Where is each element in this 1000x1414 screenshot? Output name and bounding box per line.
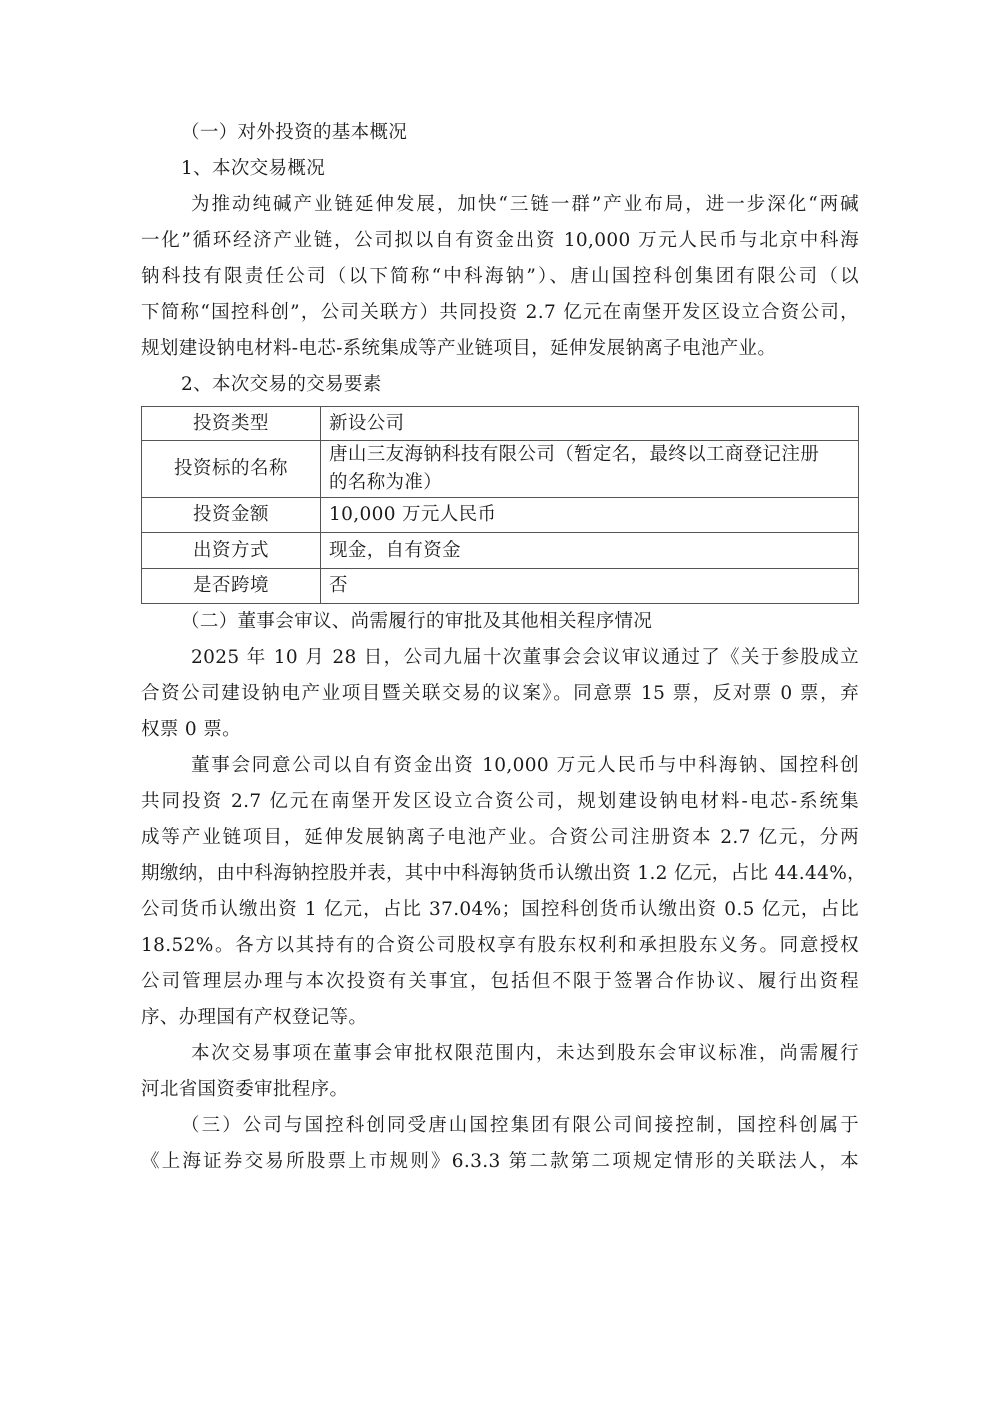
table-value-cell: 否 — [321, 569, 859, 604]
table-value-line: 的名称为准） — [329, 469, 850, 497]
text-line: 2025 年 10 月 28 日，公司九届十次董事会会议审议通过了《关于参股成立 — [141, 640, 859, 676]
table-row: 投资金额 10,000 万元人民币 — [142, 498, 859, 533]
text-line: 一化”循环经济产业链，公司拟以自有资金出资 10,000 万元人民币与北京中科海 — [141, 223, 859, 259]
text-line: 18.52%。各方以其持有的合资公司股权享有股东权利和承担股东义务。同意授权 — [141, 928, 859, 964]
text-line: 成等产业链项目，延伸发展钠离子电池产业。合资公司注册资本 2.7 亿元，分两 — [141, 820, 859, 856]
table-key-cell: 投资类型 — [142, 407, 321, 441]
text-line: 本次交易事项在董事会审批权限范围内，未达到股东会审议标准，尚需履行 — [141, 1036, 859, 1072]
text-line: 合资公司建设钠电产业项目暨关联交易的议案》。同意票 15 票，反对票 0 票，弃 — [141, 676, 859, 712]
text-line: 共同投资 2.7 亿元在南堡开发区设立合资公司，规划建设钠电材料-电芯-系统集 — [141, 784, 859, 820]
table-key-cell: 是否跨境 — [142, 569, 321, 604]
table-value-line: 唐山三友海钠科技有限公司（暂定名，最终以工商登记注册 — [329, 441, 850, 469]
text-line: 下简称“国控科创”，公司关联方）共同投资 2.7 亿元在南堡开发区设立合资公司， — [141, 295, 859, 331]
text-line: （三）公司与国控科创同受唐山国控集团有限公司间接控制，国控科创属于 — [141, 1108, 859, 1144]
table-row: 投资类型 新设公司 — [142, 407, 859, 441]
table-row: 出资方式 现金，自有资金 — [142, 533, 859, 569]
text-line: 序、办理国有产权登记等。 — [141, 1000, 859, 1036]
text-line: 《上海证券交易所股票上市规则》6.3.3 第二款第二项规定情形的关联法人，本 — [141, 1144, 859, 1180]
table-key-cell: 投资标的名称 — [142, 441, 321, 498]
paragraph-board-resolution: 2025 年 10 月 28 日，公司九届十次董事会会议审议通过了《关于参股成立… — [141, 640, 859, 748]
table-key-cell: 出资方式 — [142, 533, 321, 569]
text-line: 河北省国资委审批程序。 — [141, 1072, 859, 1108]
table-value-cell: 新设公司 — [321, 407, 859, 441]
paragraph-transaction-overview: 为推动纯碱产业链延伸发展，加快“三链一群”产业布局，进一步深化“两碱 一化”循环… — [141, 187, 859, 367]
table-value-cell: 现金，自有资金 — [321, 533, 859, 569]
table-value-cell: 10,000 万元人民币 — [321, 498, 859, 533]
text-line: 期缴纳，由中科海钠控股并表，其中中科海钠货币认缴出资 1.2 亿元，占比 44.… — [141, 856, 859, 892]
paragraph-board-approval-details: 董事会同意公司以自有资金出资 10,000 万元人民币与中科海钠、国控科创 共同… — [141, 748, 859, 1036]
text-line: 公司管理层办理与本次投资有关事宜，包括但不限于签署合作协议、履行出资程 — [141, 964, 859, 1000]
table-key-cell: 投资金额 — [142, 498, 321, 533]
text-line: 权票 0 票。 — [141, 712, 859, 748]
section-heading-board-review: （二）董事会审议、尚需履行的审批及其他相关程序情况 — [141, 604, 859, 640]
table-row: 是否跨境 否 — [142, 569, 859, 604]
section-heading-overview: （一）对外投资的基本概况 — [141, 115, 859, 151]
subsection-heading-transaction-overview: 1、本次交易概况 — [141, 151, 859, 187]
transaction-elements-table: 投资类型 新设公司 投资标的名称 唐山三友海钠科技有限公司（暂定名，最终以工商登… — [141, 406, 859, 604]
text-line: 董事会同意公司以自有资金出资 10,000 万元人民币与中科海钠、国控科创 — [141, 748, 859, 784]
table-row: 投资标的名称 唐山三友海钠科技有限公司（暂定名，最终以工商登记注册 的名称为准） — [142, 441, 859, 498]
document-page: （一）对外投资的基本概况 1、本次交易概况 为推动纯碱产业链延伸发展，加快“三链… — [141, 115, 859, 1180]
subsection-heading-transaction-elements: 2、本次交易的交易要素 — [141, 367, 859, 403]
text-line: 为推动纯碱产业链延伸发展，加快“三链一群”产业布局，进一步深化“两碱 — [141, 187, 859, 223]
paragraph-related-party: （三）公司与国控科创同受唐山国控集团有限公司间接控制，国控科创属于 《上海证券交… — [141, 1108, 859, 1180]
text-line: 公司货币认缴出资 1 亿元，占比 37.04%；国控科创货币认缴出资 0.5 亿… — [141, 892, 859, 928]
text-line: 规划建设钠电材料-电芯-系统集成等产业链项目，延伸发展钠离子电池产业。 — [141, 331, 859, 367]
table-value-cell: 唐山三友海钠科技有限公司（暂定名，最终以工商登记注册 的名称为准） — [321, 441, 859, 498]
paragraph-approval-scope: 本次交易事项在董事会审批权限范围内，未达到股东会审议标准，尚需履行 河北省国资委… — [141, 1036, 859, 1108]
text-line: 钠科技有限责任公司（以下简称“中科海钠”）、唐山国控科创集团有限公司（以 — [141, 259, 859, 295]
